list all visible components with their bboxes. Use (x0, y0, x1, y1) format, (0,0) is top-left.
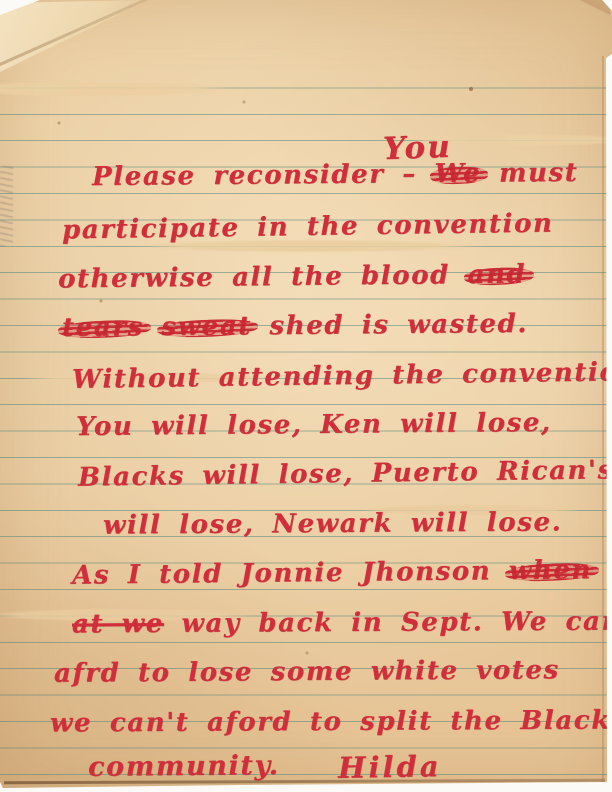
word-segment: Please reconsider – (92, 159, 435, 192)
handwritten-line: tears sweat shed is wasted. (62, 309, 528, 343)
struck-word: tears (62, 312, 144, 343)
handwritten-line: As I told Jonnie Jhonson when (72, 555, 592, 590)
letter-body: You Hilda Please reconsider – We mustpar… (0, 0, 612, 792)
word-segment: way back in Sept. We can (164, 607, 612, 639)
struck-word: when (509, 555, 592, 586)
word-segment: must (481, 158, 578, 189)
word-segment: we can't aford to split the Black (50, 706, 611, 739)
word-segment: Without attending the convention (72, 357, 612, 395)
handwritten-line: Blacks will lose, Puerto Rican's (78, 455, 612, 492)
handwritten-line: Please reconsider – We must (92, 158, 579, 192)
struck-word: sweat (161, 311, 252, 342)
handwritten-line: afrd to lose some white votes (54, 655, 560, 689)
word-segment: afrd to lose some white votes (54, 655, 560, 689)
handwritten-line: Without attending the convention (72, 357, 612, 395)
paper-sheet: You Hilda Please reconsider – We mustpar… (0, 0, 612, 792)
handwritten-line: community. (88, 750, 280, 783)
signature: Hilda (338, 749, 442, 785)
word-segment: community. (88, 750, 280, 783)
handwritten-line: otherwise all the blood and (58, 260, 527, 295)
scanned-letter: You Hilda Please reconsider – We mustpar… (0, 0, 612, 792)
word-segment: will lose, Newark will lose. (103, 507, 562, 540)
struck-word: and (467, 260, 526, 291)
handwritten-line: we can't aford to split the Black (50, 706, 611, 739)
handwritten-line: will lose, Newark will lose. (103, 507, 562, 540)
word-segment: Blacks will lose, Puerto Rican's (78, 455, 612, 492)
word-segment: shed is wasted. (252, 309, 528, 341)
word-segment: You will lose, Ken will lose, (76, 408, 552, 442)
handwritten-line: participate in the convention (62, 209, 554, 246)
handwritten-line: You will lose, Ken will lose, (76, 408, 552, 442)
word-segment: otherwise all the blood (58, 260, 468, 294)
struck-word: at we (72, 609, 164, 639)
word-segment: participate in the convention (62, 209, 554, 246)
word-segment: As I told Jonnie Jhonson (72, 556, 509, 591)
handwritten-line: at we way back in Sept. We can (72, 607, 612, 640)
struck-word: We (434, 159, 481, 189)
